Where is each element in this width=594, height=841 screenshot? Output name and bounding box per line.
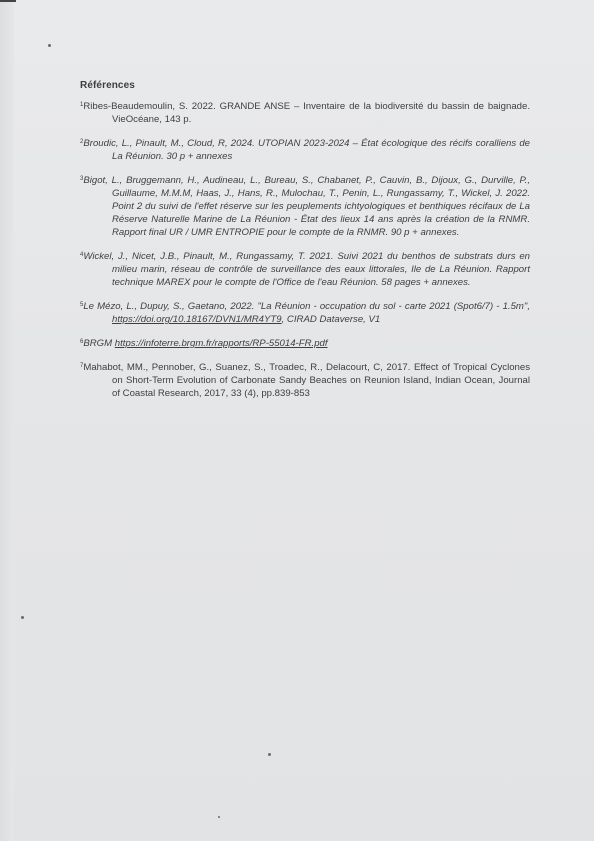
reference-text: Bigot, L., Bruggemann, H., Audineau, L.,…: [83, 175, 530, 238]
references-section: Références 1Ribes-Beaudemoulin, S. 2022.…: [80, 80, 530, 411]
reference-5: 5Le Mézo, L., Dupuy, S., Gaetano, 2022. …: [80, 300, 530, 326]
reference-4: 4Wickel, J., Nicet, J.B., Pinault, M., R…: [80, 250, 530, 289]
reference-2: 2Broudic, L., Pinault, M., Cloud, R, 202…: [80, 137, 530, 163]
reference-text: BRGM: [83, 338, 114, 349]
brgm-report-link[interactable]: https://infoterre.brgm.fr/rapports/RP-55…: [115, 338, 328, 349]
scan-artifact-mark: [0, 0, 16, 2]
scan-speck: [48, 44, 51, 47]
reference-3: 3Bigot, L., Bruggemann, H., Audineau, L.…: [80, 174, 530, 239]
reference-1: 1Ribes-Beaudemoulin, S. 2022. GRANDE ANS…: [80, 100, 530, 126]
reference-text: , CIRAD Dataverse, V1: [282, 314, 381, 325]
scan-speck: [21, 616, 24, 619]
scanned-page: Références 1Ribes-Beaudemoulin, S. 2022.…: [0, 0, 594, 841]
reference-text: Ribes-Beaudemoulin, S. 2022. GRANDE ANSE…: [83, 101, 530, 125]
reference-text: Wickel, J., Nicet, J.B., Pinault, M., Ru…: [83, 251, 530, 288]
reference-text: Broudic, L., Pinault, M., Cloud, R, 2024…: [83, 138, 530, 162]
reference-text: Mahabot, MM., Pennober, G., Suanez, S., …: [83, 362, 530, 399]
reference-6: 6BRGM https://infoterre.brgm.fr/rapports…: [80, 337, 530, 350]
scan-speck: [218, 816, 220, 818]
scan-edge-shadow: [0, 0, 14, 841]
scan-speck: [268, 753, 271, 756]
reference-7: 7Mahabot, MM., Pennober, G., Suanez, S.,…: [80, 361, 530, 400]
reference-text: Le Mézo, L., Dupuy, S., Gaetano, 2022. "…: [83, 301, 530, 312]
doi-link[interactable]: https://doi.org/10.18167/DVN1/MR4YT9: [112, 314, 282, 325]
section-heading: Références: [80, 80, 530, 91]
